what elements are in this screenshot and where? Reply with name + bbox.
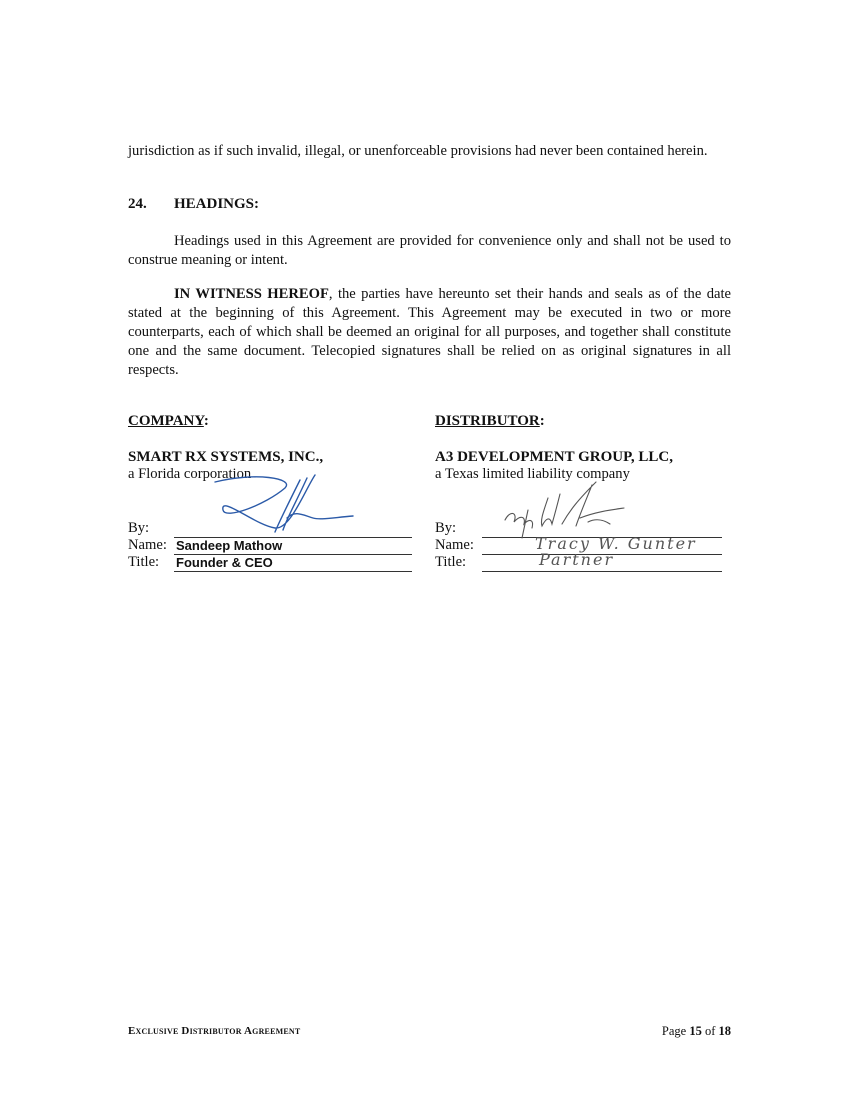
- company-title-value: Founder & CEO: [176, 555, 273, 570]
- distributor-by-label: By:: [435, 520, 456, 537]
- section-body: Headings used in this Agreement are prov…: [128, 232, 731, 270]
- distributor-title-line: [482, 571, 722, 572]
- distributor-entity-name: A3 DEVELOPMENT GROUP, LLC,: [435, 449, 673, 466]
- company-title-label: Title:: [128, 554, 159, 571]
- company-title-row: Title: Founder & CEO: [128, 554, 418, 570]
- footer-document-title: Exclusive Distributor Agreement: [128, 1025, 300, 1037]
- distributor-title-label: Title:: [435, 554, 466, 571]
- company-by-label: By:: [128, 520, 149, 537]
- section-heading: 24.HEADINGS:: [128, 196, 259, 213]
- company-by-row: By:: [128, 520, 418, 536]
- distributor-entity-description: a Texas limited liability company: [435, 466, 630, 483]
- company-entity-name: SMART RX SYSTEMS, INC.,: [128, 449, 323, 466]
- witness-paragraph: IN WITNESS HEREOF, the parties have here…: [128, 285, 731, 380]
- witness-lead: IN WITNESS HEREOF: [174, 286, 329, 302]
- company-label: COMPANY:: [128, 413, 209, 430]
- company-name-label: Name:: [128, 537, 167, 554]
- distributor-name-label: Name:: [435, 537, 474, 554]
- continuation-paragraph: jurisdiction as if such invalid, illegal…: [128, 142, 731, 161]
- distributor-title-row: Title: Partner: [435, 554, 725, 570]
- company-title-line: [174, 571, 412, 572]
- section-number: 24.: [128, 196, 174, 213]
- company-entity-description: a Florida corporation: [128, 466, 251, 483]
- company-name-value: Sandeep Mathow: [176, 538, 282, 553]
- section-title: HEADINGS:: [174, 196, 259, 212]
- document-page: jurisdiction as if such invalid, illegal…: [0, 0, 850, 1100]
- company-name-row: Name: Sandeep Mathow: [128, 537, 418, 553]
- distributor-label: DISTRIBUTOR:: [435, 413, 545, 430]
- footer-page-number: Page 15 of 18: [662, 1024, 731, 1039]
- distributor-title-handwritten: Partner: [539, 550, 614, 569]
